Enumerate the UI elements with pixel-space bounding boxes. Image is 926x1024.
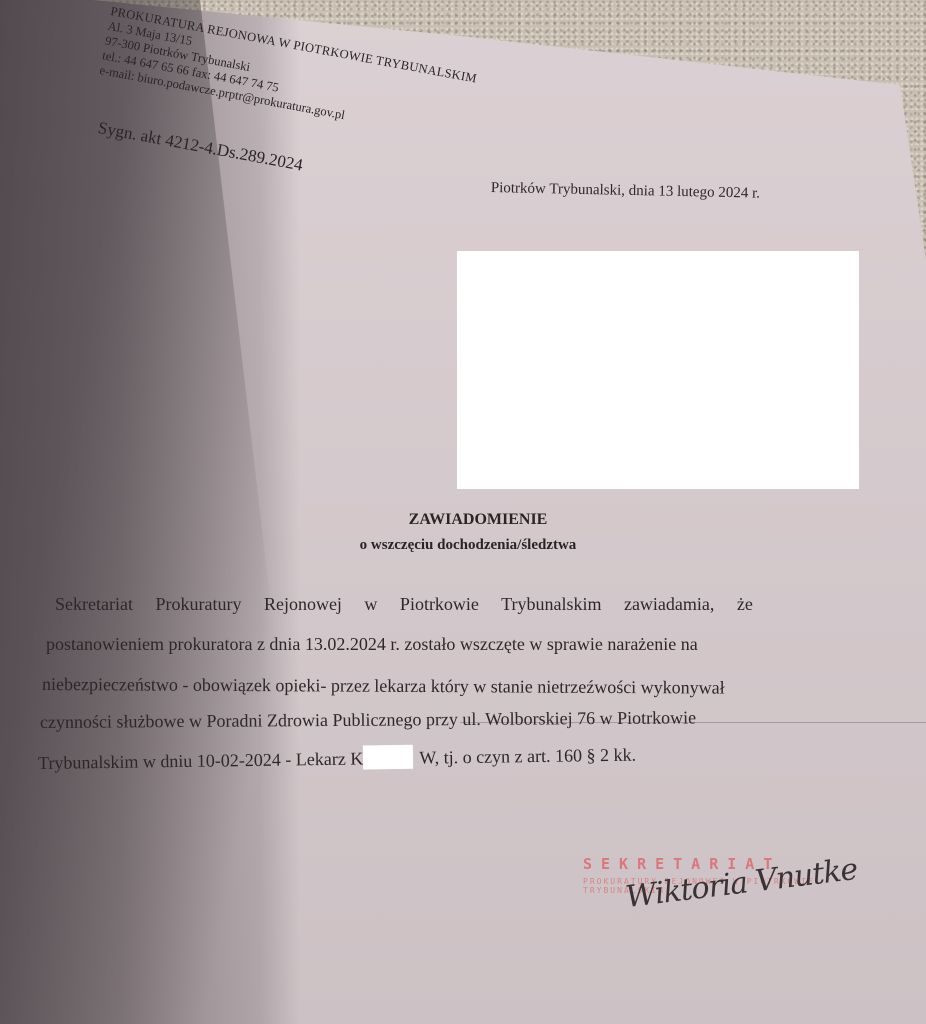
document-title: ZAWIADOMIENIE [0, 511, 926, 529]
body-line-3: niebezpieczeństwo - obowiązek opieki- pr… [42, 674, 725, 699]
name-redaction [363, 745, 413, 770]
body-line-5-start: Trybunalskim w dniu 10-02-2024 - Lekarz … [38, 748, 364, 773]
body-line-1: Sekretariat Prokuratury Rejonowej w Piot… [55, 594, 753, 615]
recipient-address-redaction [457, 251, 859, 489]
body-line-2: postanowieniem prokuratora z dnia 13.02.… [46, 634, 698, 655]
document-subtitle: o wszczęciu dochodzenia/śledztwa [0, 537, 926, 554]
body-line-5-end: W, tj. o czyn z art. 160 § 2 kk. [419, 745, 636, 768]
